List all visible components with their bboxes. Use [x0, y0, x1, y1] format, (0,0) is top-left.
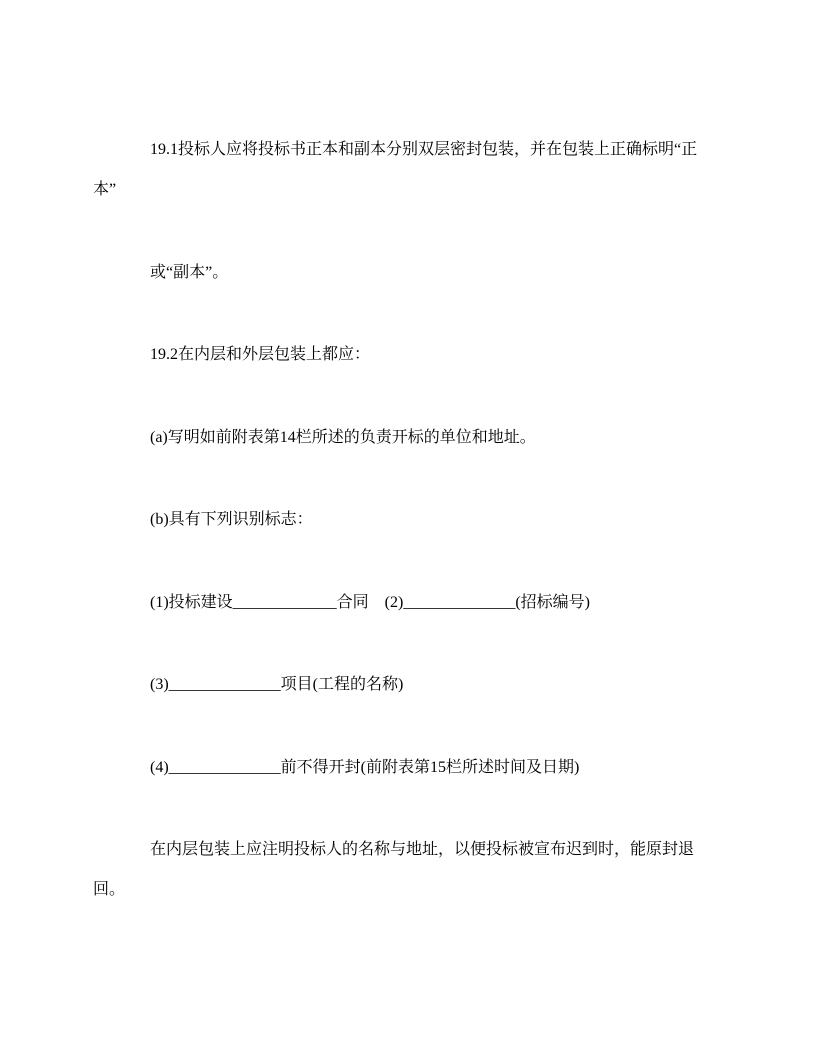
para-19-2-packing-layers: 19.2在内层和外层包装上都应：	[93, 335, 720, 375]
para-19-1-sealing: 19.1投标人应将投标书正本和副本分别双层密封包装，并在包装上正确标明“正本”	[93, 130, 720, 210]
para-or-copy-label: 或“副本”。	[93, 253, 720, 293]
para-mark-1-2-contract-number: (1)投标建设_____________合同 (2)______________…	[93, 583, 720, 623]
para-item-a-address: (a)写明如前附表第14栏所述的负责开标的单位和地址。	[93, 418, 720, 458]
para-mark-3-project-name: (3)______________项目(工程的名称)	[93, 665, 720, 705]
para-inner-packing-return: 在内层包装上应注明投标人的名称与地址，以便投标被宣布迟到时，能原封退回。	[93, 830, 720, 910]
para-mark-4-do-not-open: (4)______________前不得开封(前附表第15栏所述时间及日期)	[93, 748, 720, 788]
para-item-b-marks: (b)具有下列识别标志：	[93, 500, 720, 540]
document-page: 19.1投标人应将投标书正本和副本分别双层密封包装，并在包装上正确标明“正本” …	[0, 0, 816, 1056]
